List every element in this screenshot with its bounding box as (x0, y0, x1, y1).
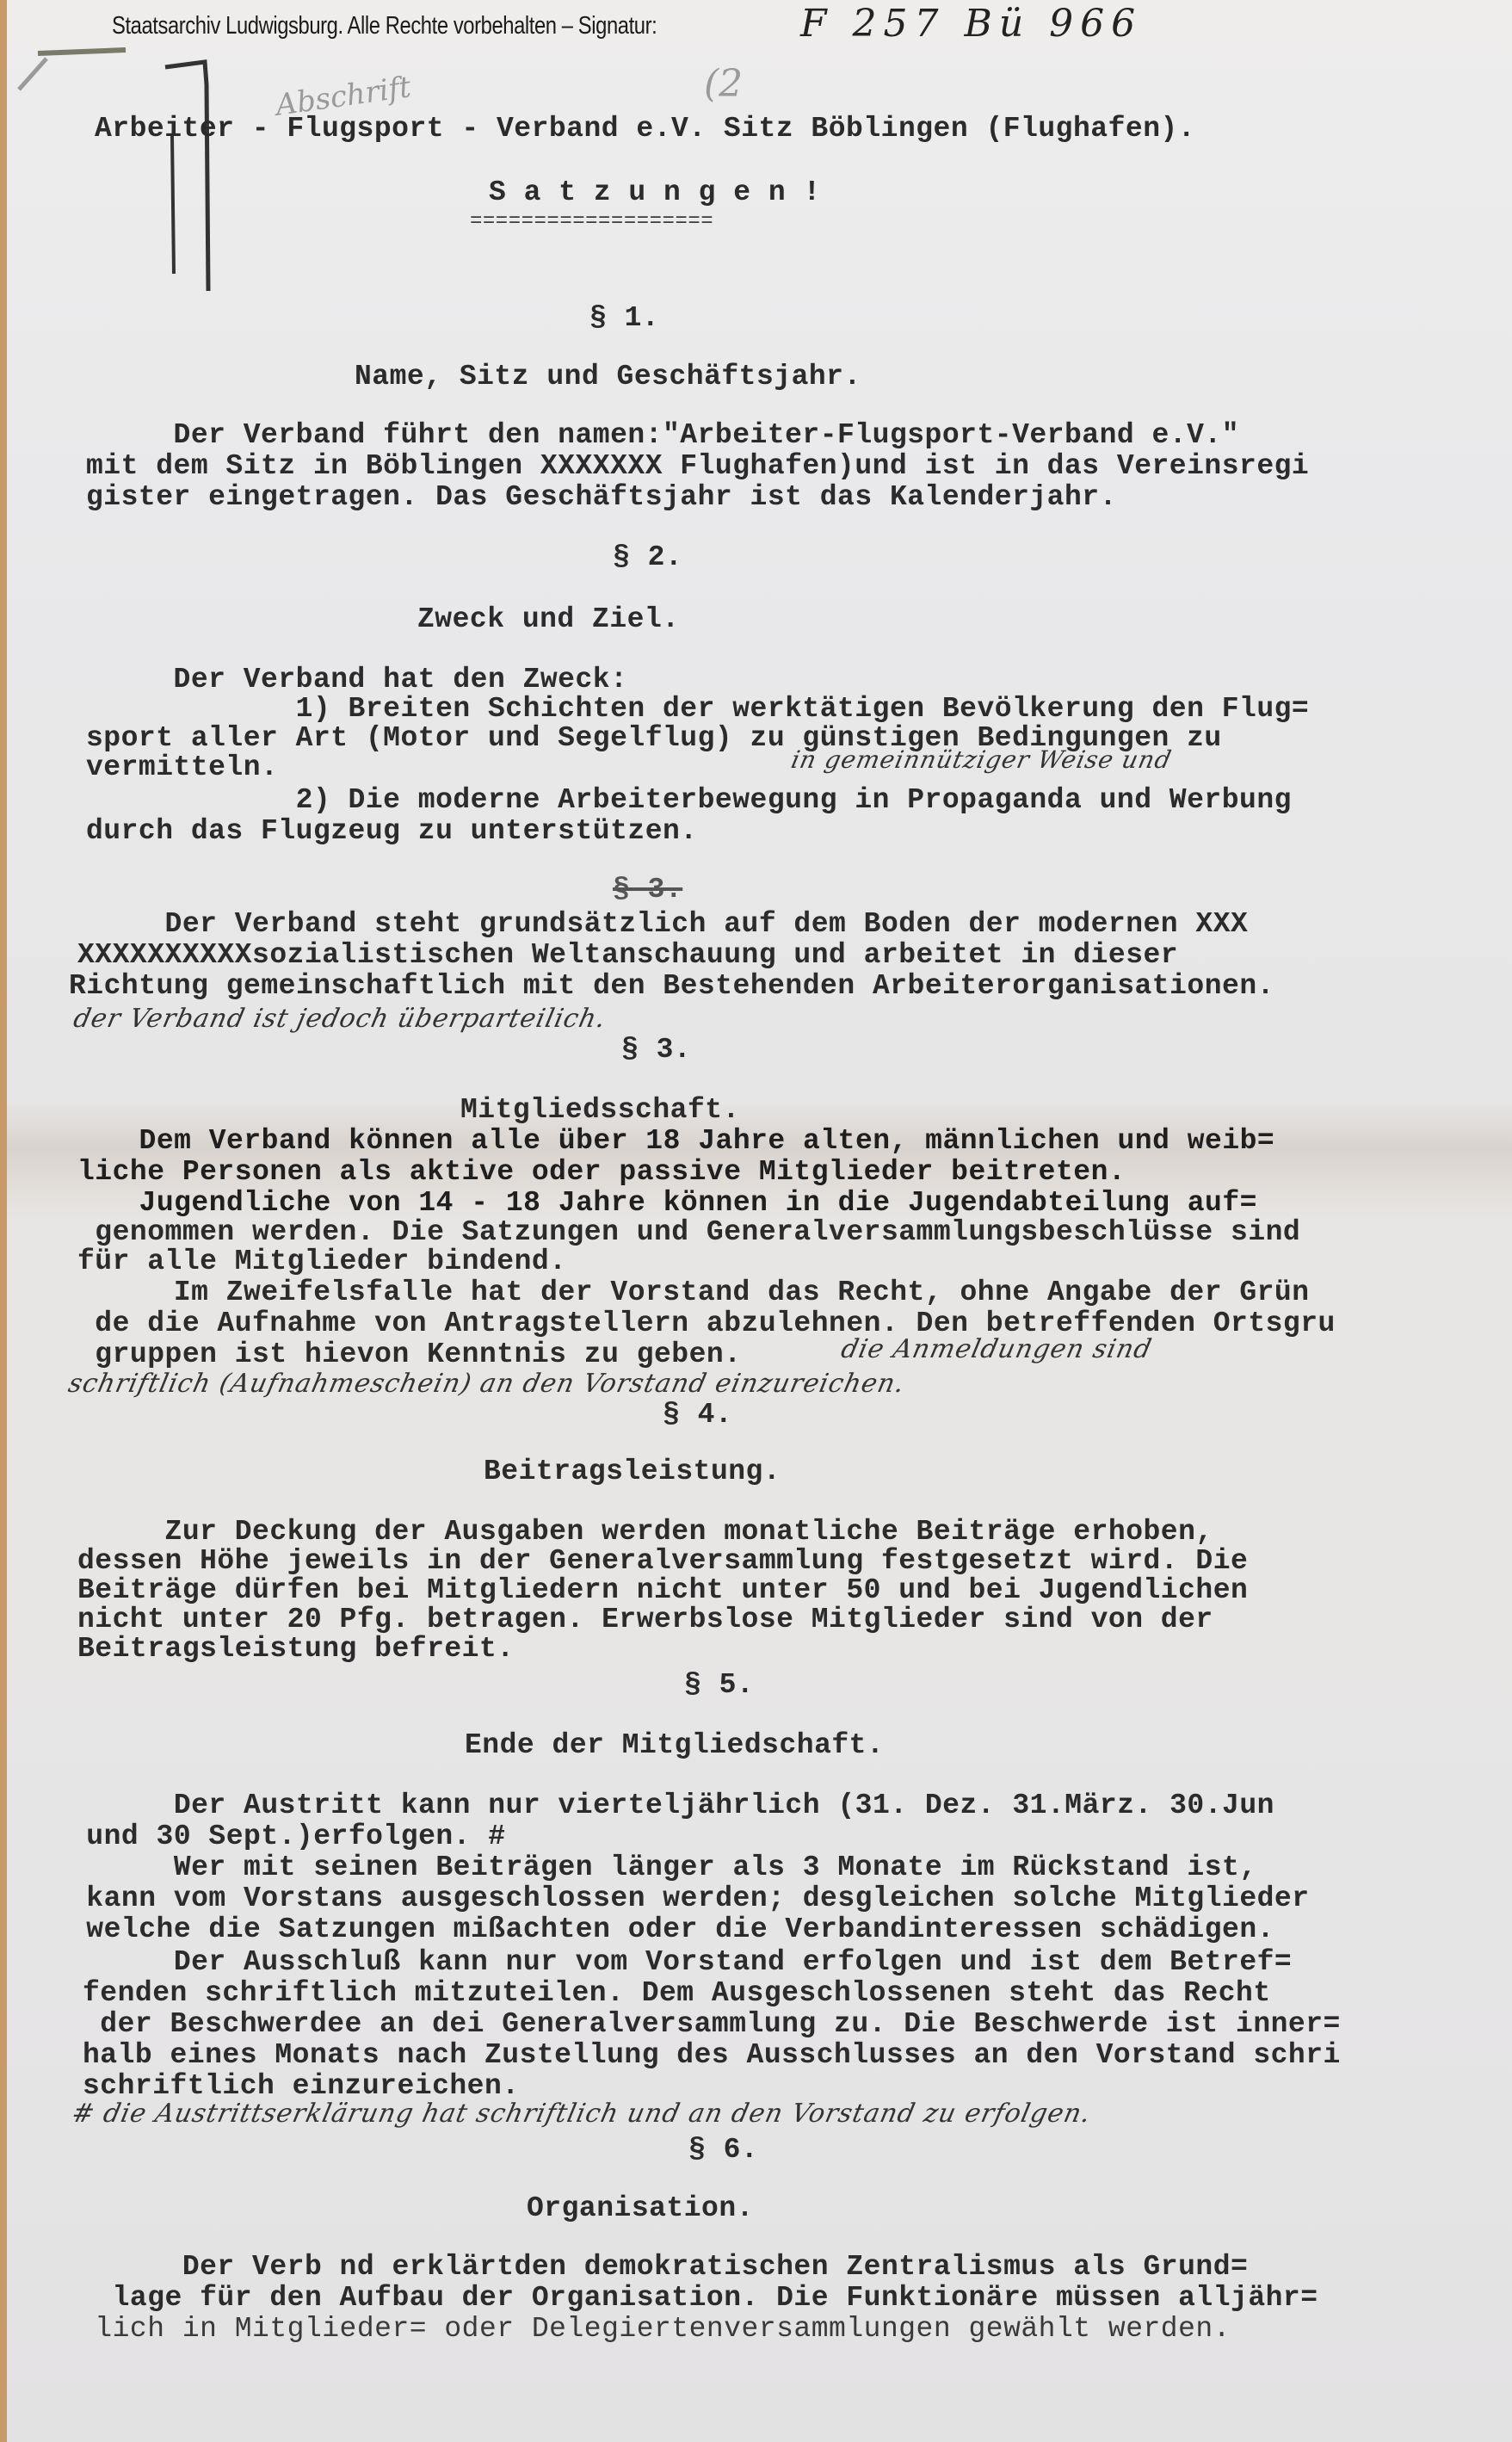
archive-signature: F 257 Bü 966 (800, 2, 1142, 46)
section-1-heading: Name, Sitz und Geschäftsjahr. (355, 362, 861, 393)
section-3-heading: Mitgliedsschaft. (460, 1095, 740, 1126)
handwritten-note-registration-1: die Anmeldungen sind (838, 1334, 1155, 1364)
section-2-number: § 2. (613, 542, 682, 573)
handwritten-insert-section-2: in gemeinnütziger Weise und (788, 745, 1174, 774)
section-6-heading: Organisation. (527, 2193, 754, 2224)
struck-section-number: § 3. (613, 875, 682, 906)
handwritten-note-partisan: der Verband ist jedoch überparteilich. (71, 1004, 608, 1034)
page-edge (0, 0, 7, 2442)
section-6-number: § 6. (688, 2135, 758, 2166)
section-5-heading: Ende der Mitgliedschaft. (465, 1730, 884, 1761)
margin-ink-marks (155, 59, 232, 291)
handwritten-note-resignation: # die Austrittserklärung hat schriftlich… (69, 2099, 1094, 2129)
document-title: S a t z u n g e n ! (489, 177, 821, 208)
title-underline: =================== (470, 212, 713, 232)
section-3-number: § 3. (621, 1035, 691, 1066)
handwritten-note-registration-2: schriftlich (Aufnahmeschein) an den Vors… (65, 1369, 907, 1399)
organization-header: Arbeiter - Flugsport - Verband e.V. Sitz… (95, 114, 1195, 145)
pencil-note-page-number: (2 (704, 62, 743, 106)
staple-mark-icon (12, 45, 133, 96)
section-1-number: § 1. (589, 303, 659, 334)
section-5-number: § 5. (684, 1670, 754, 1701)
section-2-heading: Zweck und Ziel. (417, 604, 680, 635)
section-4-number: § 4. (663, 1400, 732, 1431)
section-4-heading: Beitragsleistung. (484, 1456, 781, 1487)
archive-stamp: Staatsarchiv Ludwigsburg. Alle Rechte vo… (112, 12, 657, 40)
